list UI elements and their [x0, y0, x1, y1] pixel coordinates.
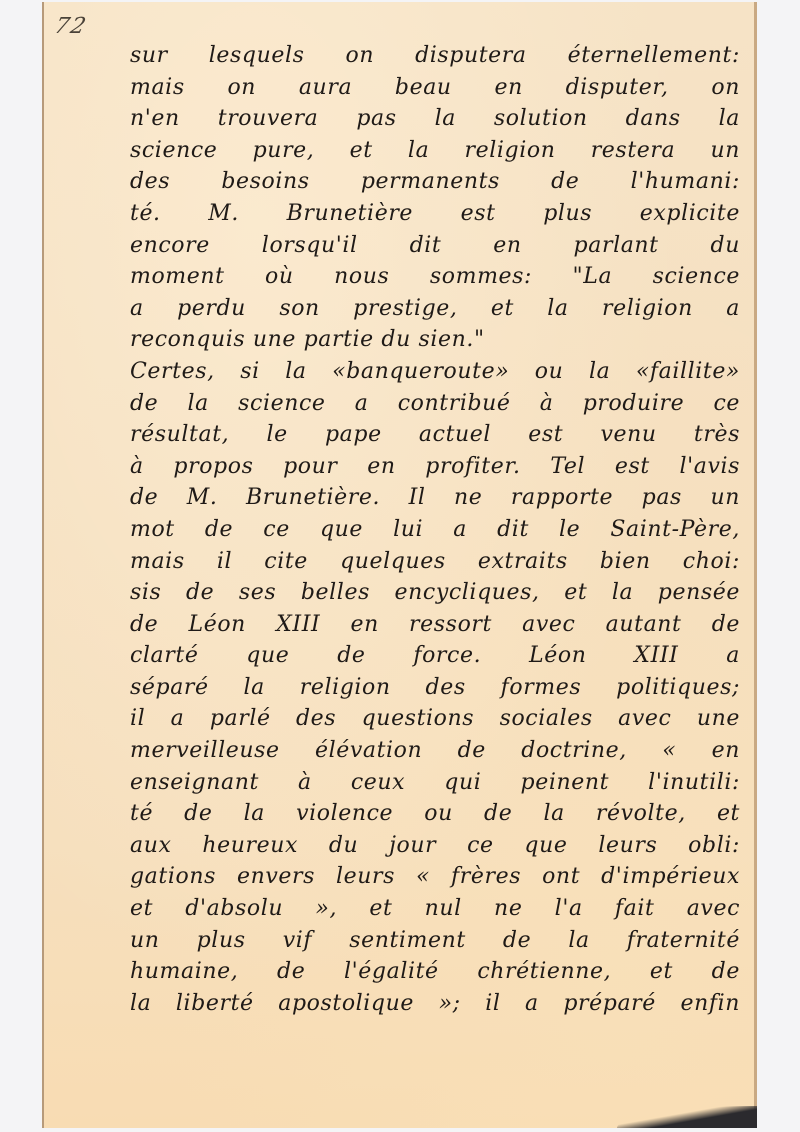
text-line: enseignant à ceux qui peinent l'inutili:	[130, 767, 740, 799]
text-line: la liberté apostolique »; il a préparé e…	[130, 988, 740, 1020]
text-line: humaine, de l'égalité chrétienne, et de	[130, 956, 740, 988]
text-line: séparé la religion des formes politiques…	[130, 672, 740, 704]
text-line: sur lesquels on disputera éternellement:	[130, 40, 740, 72]
text-line: et d'absolu », et nul ne l'a fait avec	[130, 893, 740, 925]
text-line: de Léon XIII en ressort avec autant de	[130, 609, 740, 641]
text-line: mot de ce que lui a dit le Saint-Père,	[130, 514, 740, 546]
handwritten-text-block: sur lesquels on disputera éternellement:…	[130, 40, 740, 1019]
text-line: résultat, le pape actuel est venu très	[130, 419, 740, 451]
text-line: clarté que de force. Léon XIII a	[130, 640, 740, 672]
text-line: de M. Brunetière. Il ne rapporte pas un	[130, 482, 740, 514]
text-line: science pure, et la religion restera un	[130, 135, 740, 167]
text-line: un plus vif sentiment de la fraternité	[130, 925, 740, 957]
text-line: sis de ses belles encycliques, et la pen…	[130, 577, 740, 609]
text-line: té de la violence ou de la révolte, et	[130, 798, 740, 830]
text-line: il a parlé des questions sociales avec u…	[130, 703, 740, 735]
text-line: encore lorsqu'il dit en parlant du	[130, 230, 740, 262]
text-line: à propos pour en profiter. Tel est l'avi…	[130, 451, 740, 483]
text-line: aux heureux du jour ce que leurs obli:	[130, 830, 740, 862]
text-line: de la science a contribué à produire ce	[130, 388, 740, 420]
text-line: des besoins permanents de l'humani:	[130, 166, 740, 198]
text-line: a perdu son prestige, et la religion a	[130, 293, 740, 325]
manuscript-page: 72 sur lesquels on disputera éternelleme…	[42, 2, 757, 1128]
text-line: mais il cite quelques extraits bien choi…	[130, 546, 740, 578]
text-line: reconquis une partie du sien."	[130, 324, 740, 356]
text-line: moment où nous sommes: "La science	[130, 261, 740, 293]
text-line: té. M. Brunetière est plus explicite	[130, 198, 740, 230]
page-number: 72	[52, 14, 90, 39]
text-line: merveilleuse élévation de doctrine, « en	[130, 735, 740, 767]
text-line: mais on aura beau en disputer, on	[130, 72, 740, 104]
text-line: gations envers leurs « frères ont d'impé…	[130, 861, 740, 893]
text-line: Certes, si la «banqueroute» ou la «faill…	[130, 356, 740, 388]
text-line: n'en trouvera pas la solution dans la	[130, 103, 740, 135]
